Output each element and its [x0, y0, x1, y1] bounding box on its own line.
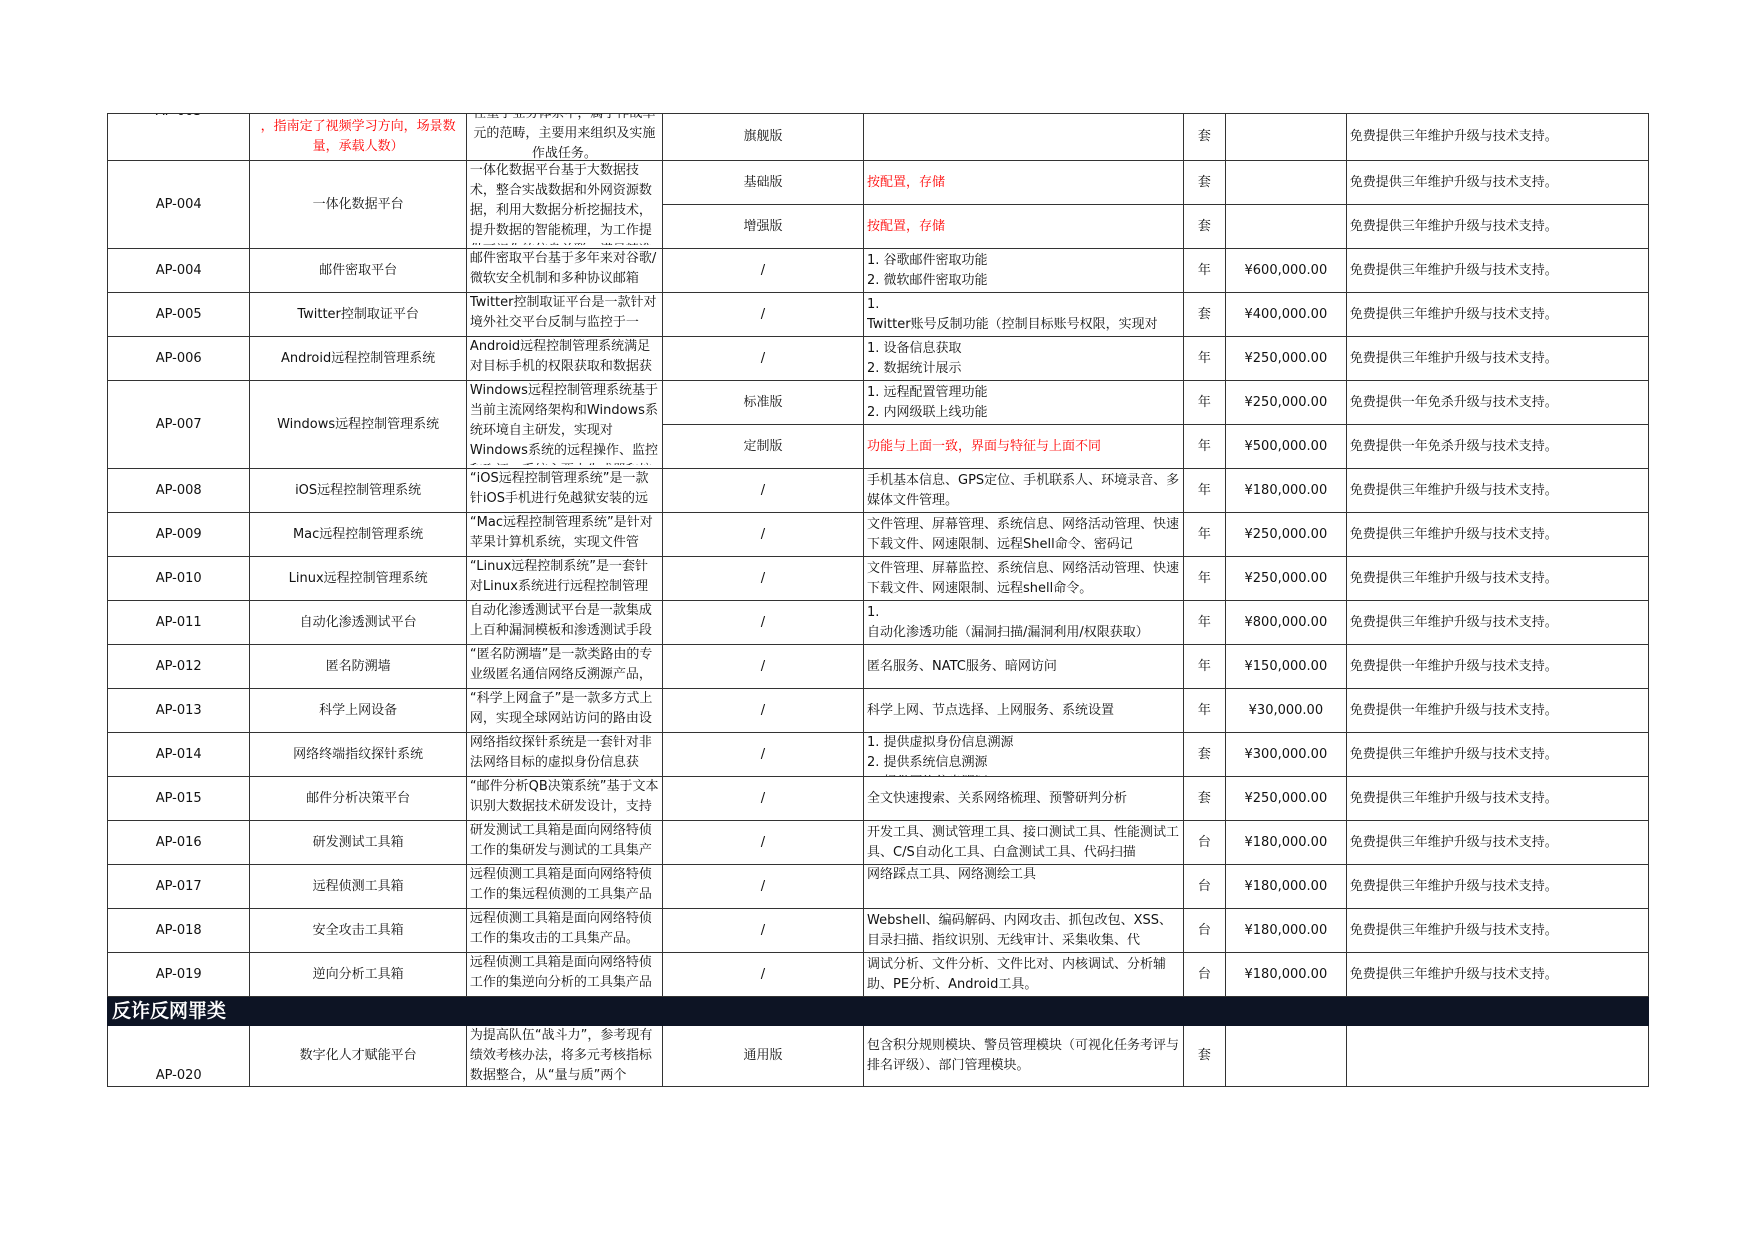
- product-service: 免费提供三年维护升级与技术支持。: [1346, 249, 1648, 293]
- table-row: AP-004一体化数据平台一体化数据平台基于大数据技术，整合实战数据和外网资源数…: [108, 161, 1649, 205]
- product-unit: 套: [1183, 777, 1225, 821]
- features-text: 匿名服务、NATC服务、暗网访问: [867, 657, 1180, 677]
- product-unit: 套: [1183, 161, 1225, 205]
- product-unit: 年: [1183, 469, 1225, 513]
- product-description: 远程侦测工具箱是面向网络特侦工作的集攻击的工具集产品。: [466, 909, 662, 953]
- product-price: ¥180,000.00: [1226, 909, 1347, 953]
- product-features: 1. 谷歌邮件密取功能 2. 微软邮件密取功能: [864, 249, 1184, 293]
- features-text: 1. Twitter账号反制功能（控制目标账号权限，实现对: [867, 295, 1180, 335]
- table-row: AP-004邮件密取平台邮件密取平台基于多年来对谷歌/微软安全机制和多种协议邮箱…: [108, 249, 1649, 293]
- features-text: 按配置，存储: [867, 217, 1180, 237]
- product-features: 网络踩点工具、网络测绘工具: [864, 865, 1184, 909]
- features-text: 文件管理、屏幕管理、系统信息、网络活动管理、快速下载文件、网速限制、远程Shel…: [867, 515, 1180, 555]
- product-service: 免费提供三年维护升级与技术支持。: [1346, 161, 1648, 205]
- product-description: “iOS远程控制管理系统”是一款针iOS手机进行免越狱安装的远程控制管理系统，用…: [466, 469, 662, 513]
- product-unit-text: 套: [1187, 1046, 1222, 1066]
- product-name: 网络终端指纹探针系统: [250, 733, 467, 777]
- product-price: ¥180,000.00: [1226, 865, 1347, 909]
- features-text: 功能与上面一致，界面与特征与上面不同: [867, 437, 1180, 457]
- product-unit: 套: [1183, 1026, 1225, 1087]
- product-description: 远程侦测工具箱是面向网络特侦工作的集逆向分析的工具集产品: [466, 953, 662, 997]
- features-text: 1. 设备信息获取 2. 数据统计展示: [867, 339, 1180, 379]
- features-text: 1. 自动化渗透功能（漏洞扫描/漏洞利用/权限获取）: [867, 603, 1180, 643]
- description-text: “科学上网盒子”是一款多方式上网，实现全球网站访问的路由设备，产品自带电池，方便…: [470, 689, 659, 730]
- product-features: 科学上网、节点选择、上网服务、系统设置: [864, 689, 1184, 733]
- product-id: AP-010: [108, 557, 250, 601]
- product-service: 免费提供三年维护升级与技术支持。: [1346, 953, 1648, 997]
- product-id: AP-011: [108, 601, 250, 645]
- product-features: 包含积分规则模块、警员管理模块（可视化任务考评与排名评级）、部门管理模块。: [864, 1026, 1184, 1087]
- product-features: 1. 设备信息获取 2. 数据统计展示: [864, 337, 1184, 381]
- product-id: AP-017: [108, 865, 250, 909]
- product-description: “Linux远程控制系统”是一套针对Linux系统进行远程控制管理而研发设计的远…: [466, 557, 662, 601]
- product-features: 开发工具、测试管理工具、接口测试工具、性能测试工具、C/S自动化工具、白盒测试工…: [864, 821, 1184, 865]
- description-text: “Mac远程控制管理系统”是针对苹果计算机系统，实现文件管理、屏幕管理、系统信息…: [470, 513, 659, 554]
- product-features: 调试分析、文件分析、文件比对、内核调试、分析辅助、PE分析、Android工具。: [864, 953, 1184, 997]
- product-unit: 台: [1183, 909, 1225, 953]
- table-row: AP-017远程侦测工具箱远程侦测工具箱是面向网络特侦工作的集远程侦测的工具集产…: [108, 865, 1649, 909]
- product-service: 免费提供三年维护升级与技术支持。: [1346, 733, 1648, 777]
- product-id: AP-004: [108, 249, 250, 293]
- product-unit: 台: [1183, 953, 1225, 997]
- product-price: ¥250,000.00: [1226, 381, 1347, 425]
- table-row: AP-020数字化人才赋能平台为提高队伍“战斗力”，参考现有绩效考核办法，将多元…: [108, 1026, 1649, 1087]
- price-list-sheet: AP-003 ，指南定了视频学习方向，场景数量，承载人数） 任重于业务体系中，属…: [107, 113, 1649, 1113]
- product-name: iOS远程控制管理系统: [250, 469, 467, 513]
- product-name: Mac远程控制管理系统: [250, 513, 467, 557]
- features-text: 1. 提供虚拟身份信息溯源 2. 提供系统信息溯源 3. 提供网络信息溯源: [867, 733, 1180, 776]
- product-price: [1226, 205, 1347, 249]
- product-description: “Mac远程控制管理系统”是针对苹果计算机系统，实现文件管理、屏幕管理、系统信息…: [466, 513, 662, 557]
- product-name: 研发测试工具箱: [250, 821, 467, 865]
- description-text: 远程侦测工具箱是面向网络特侦工作的集逆向分析的工具集产品: [470, 953, 659, 994]
- product-description: 一体化数据平台基于大数据技术，整合实战数据和外网资源数据，利用大数据分析挖掘技术…: [466, 161, 662, 249]
- description-text: “邮件分析QB决策系统”基于文本识别大数据技术研发设计，支持对海量邮件数据快速识…: [470, 777, 659, 818]
- product-price: ¥500,000.00: [1226, 425, 1347, 469]
- description-text: “iOS远程控制管理系统”是一款针iOS手机进行免越狱安装的远程控制管理系统，用…: [470, 469, 659, 510]
- product-features: 1. 自动化渗透功能（漏洞扫描/漏洞利用/权限获取）: [864, 601, 1184, 645]
- product-features: 文件管理、屏幕管理、系统信息、网络活动管理、快速下载文件、网速限制、远程Shel…: [864, 513, 1184, 557]
- description-text: 自动化渗透测试平台是一款集成上百种漏洞模板和渗透测试手段: [470, 601, 659, 642]
- table-row: AP-005Twitter控制取证平台Twitter控制取证平台是一款针对境外社…: [108, 293, 1649, 337]
- product-description: 网络指纹探针系统是一套针对非法网络目标的虚拟身份信息获取、系统信息获取、网络信息…: [466, 733, 662, 777]
- product-name: Android远程控制管理系统: [250, 337, 467, 381]
- product-version: /: [662, 865, 863, 909]
- product-features: 1. Twitter账号反制功能（控制目标账号权限，实现对: [864, 293, 1184, 337]
- product-description-text: 为提高队伍“战斗力”，参考现有绩效考核办法，将多元考核指标数据整合，从“量与质”…: [470, 1026, 659, 1084]
- features-text: 网络踩点工具、网络测绘工具: [867, 865, 1180, 885]
- product-unit: 年: [1183, 381, 1225, 425]
- product-price: ¥30,000.00: [1226, 689, 1347, 733]
- product-features: 功能与上面一致，界面与特征与上面不同: [864, 425, 1184, 469]
- table-row: AP-007Windows远程控制管理系统Windows远程控制管理系统基于当前…: [108, 381, 1649, 425]
- product-id: AP-004: [108, 161, 250, 249]
- product-service: 免费提供三年维护升级与技术支持。: [1346, 601, 1648, 645]
- product-version: /: [662, 601, 863, 645]
- product-unit: 年: [1183, 557, 1225, 601]
- product-name: 科学上网设备: [250, 689, 467, 733]
- product-version: /: [662, 513, 863, 557]
- product-id: AP-015: [108, 777, 250, 821]
- product-features: 按配置，存储: [864, 205, 1184, 249]
- product-name: 逆向分析工具箱: [250, 953, 467, 997]
- features-text: 1. 远程配置管理功能 2. 内网级联上线功能: [867, 383, 1180, 423]
- product-service: 免费提供三年维护升级与技术支持。: [1346, 337, 1648, 381]
- product-features: Webshell、编码解码、内网攻击、抓包改包、XSS、目录扫描、指纹识别、无线…: [864, 909, 1184, 953]
- product-name: ，指南定了视频学习方向，场景数量，承载人数）: [250, 114, 467, 161]
- features-text: Webshell、编码解码、内网攻击、抓包改包、XSS、目录扫描、指纹识别、无线…: [867, 911, 1180, 951]
- product-price: ¥250,000.00: [1226, 513, 1347, 557]
- product-description: Android远程控制管理系统满足对目标手机的权限获取和数据获: [466, 337, 662, 381]
- product-features: 手机基本信息、GPS定位、手机联系人、环境录音、多媒体文件管理。: [864, 469, 1184, 513]
- product-version: /: [662, 909, 863, 953]
- product-features: [864, 114, 1184, 161]
- product-service: [1346, 1026, 1648, 1087]
- description-text: 远程侦测工具箱是面向网络特侦工作的集远程侦测的工具集产品: [470, 865, 659, 906]
- product-service: 免费提供三年维护升级与技术支持。: [1346, 909, 1648, 953]
- description-text: 一体化数据平台基于大数据技术，整合实战数据和外网资源数据，利用大数据分析挖掘技术…: [470, 161, 659, 245]
- product-id: AP-008: [108, 469, 250, 513]
- product-price: ¥250,000.00: [1226, 337, 1347, 381]
- product-service: 免费提供一年免杀升级与技术支持。: [1346, 381, 1648, 425]
- features-text: 开发工具、测试管理工具、接口测试工具、性能测试工具、C/S自动化工具、白盒测试工…: [867, 823, 1180, 863]
- features-text: 手机基本信息、GPS定位、手机联系人、环境录音、多媒体文件管理。: [867, 471, 1180, 511]
- product-version: 基础版: [662, 161, 863, 205]
- product-version: /: [662, 821, 863, 865]
- product-id: AP-005: [108, 293, 250, 337]
- product-features: 匿名服务、NATC服务、暗网访问: [864, 645, 1184, 689]
- table-row: AP-018安全攻击工具箱远程侦测工具箱是面向网络特侦工作的集攻击的工具集产品。…: [108, 909, 1649, 953]
- product-unit: 年: [1183, 425, 1225, 469]
- product-description: “邮件分析QB决策系统”基于文本识别大数据技术研发设计，支持对海量邮件数据快速识…: [466, 777, 662, 821]
- product-features: 全文快速搜索、关系网络梳理、预警研判分析: [864, 777, 1184, 821]
- product-name: 匿名防溯墙: [250, 645, 467, 689]
- features-text: 1. 谷歌邮件密取功能 2. 微软邮件密取功能: [867, 251, 1180, 291]
- product-id: AP-019: [108, 953, 250, 997]
- product-unit: 年: [1183, 249, 1225, 293]
- product-description: 为提高队伍“战斗力”，参考现有绩效考核办法，将多元考核指标数据整合，从“量与质”…: [466, 1026, 662, 1087]
- product-name: 邮件密取平台: [250, 249, 467, 293]
- product-description: 远程侦测工具箱是面向网络特侦工作的集远程侦测的工具集产品: [466, 865, 662, 909]
- product-unit: 年: [1183, 689, 1225, 733]
- table-row: AP-008iOS远程控制管理系统“iOS远程控制管理系统”是一款针iOS手机进…: [108, 469, 1649, 513]
- description-text: “匿名防溯墙”是一款类路由的专业级匿名通信网络反溯源产品，该设备通过链路强加密、…: [470, 645, 659, 686]
- product-service: 免费提供三年维护升级与技术支持。: [1346, 469, 1648, 513]
- description-text: Windows远程控制管理系统基于当前主流网络架构和Windows系统环境自主研…: [470, 381, 659, 465]
- product-features-text: 包含积分规则模块、警员管理模块（可视化任务考评与排名评级）、部门管理模块。: [867, 1036, 1180, 1076]
- product-price: [1226, 1026, 1347, 1087]
- product-service: 免费提供一年维护升级与技术支持。: [1346, 689, 1648, 733]
- product-id: AP-009: [108, 513, 250, 557]
- product-price: ¥180,000.00: [1226, 469, 1347, 513]
- table-row: AP-016研发测试工具箱研发测试工具箱是面向网络特侦工作的集研发与测试的工具集…: [108, 821, 1649, 865]
- product-unit: 年: [1183, 601, 1225, 645]
- product-price: ¥400,000.00: [1226, 293, 1347, 337]
- product-id: AP-007: [108, 381, 250, 469]
- section-header-row: 反诈反网罪类: [108, 997, 1649, 1026]
- table-row: AP-003 ，指南定了视频学习方向，场景数量，承载人数） 任重于业务体系中，属…: [108, 114, 1649, 161]
- section-title: 反诈反网罪类: [108, 997, 1649, 1026]
- product-service: 免费提供一年免杀升级与技术支持。: [1346, 425, 1648, 469]
- product-id-text: AP-020: [111, 1066, 246, 1086]
- product-unit: 年: [1183, 513, 1225, 557]
- description-text: 研发测试工具箱是面向网络特侦工作的集研发与测试的工具集产品: [470, 821, 659, 862]
- table-row: AP-011自动化渗透测试平台自动化渗透测试平台是一款集成上百种漏洞模板和渗透测…: [108, 601, 1649, 645]
- product-price: ¥300,000.00: [1226, 733, 1347, 777]
- product-service: 免费提供三年维护升级与技术支持。: [1346, 821, 1648, 865]
- product-version: /: [662, 469, 863, 513]
- product-version: /: [662, 953, 863, 997]
- product-version: 旗舰版: [662, 114, 863, 161]
- product-name: 自动化渗透测试平台: [250, 601, 467, 645]
- table-row: AP-009Mac远程控制管理系统“Mac远程控制管理系统”是针对苹果计算机系统…: [108, 513, 1649, 557]
- product-price: ¥250,000.00: [1226, 557, 1347, 601]
- product-name: Windows远程控制管理系统: [250, 381, 467, 469]
- product-name: 数字化人才赋能平台: [250, 1026, 467, 1087]
- table-row: AP-019逆向分析工具箱远程侦测工具箱是面向网络特侦工作的集逆向分析的工具集产…: [108, 953, 1649, 997]
- product-features: 1. 提供虚拟身份信息溯源 2. 提供系统信息溯源 3. 提供网络信息溯源: [864, 733, 1184, 777]
- product-version: 标准版: [662, 381, 863, 425]
- features-text: 按配置，存储: [867, 173, 1180, 193]
- product-name-text: 数字化人才赋能平台: [253, 1046, 463, 1066]
- product-id: AP-014: [108, 733, 250, 777]
- product-name: 安全攻击工具箱: [250, 909, 467, 953]
- description-text: “Linux远程控制系统”是一套针对Linux系统进行远程控制管理而研发设计的远…: [470, 557, 659, 598]
- product-description: 邮件密取平台基于多年来对谷歌/微软安全机制和多种协议邮箱: [466, 249, 662, 293]
- product-features: 1. 远程配置管理功能 2. 内网级联上线功能: [864, 381, 1184, 425]
- description-text: Twitter控制取证平台是一款针对境外社交平台反制与监控于一: [470, 293, 659, 334]
- product-id: AP-018: [108, 909, 250, 953]
- product-id: AP-006: [108, 337, 250, 381]
- product-unit: 套: [1183, 114, 1225, 161]
- product-price: ¥150,000.00: [1226, 645, 1347, 689]
- product-service: 免费提供三年维护升级与技术支持。: [1346, 205, 1648, 249]
- product-service: 免费提供三年维护升级与技术支持。: [1346, 293, 1648, 337]
- product-name: Twitter控制取证平台: [250, 293, 467, 337]
- product-description: “科学上网盒子”是一款多方式上网，实现全球网站访问的路由设备，产品自带电池，方便…: [466, 689, 662, 733]
- product-table: AP-003 ，指南定了视频学习方向，场景数量，承载人数） 任重于业务体系中，属…: [107, 113, 1649, 1087]
- product-description: 自动化渗透测试平台是一款集成上百种漏洞模板和渗透测试手段: [466, 601, 662, 645]
- product-service: 免费提供三年维护升级与技术支持。: [1346, 865, 1648, 909]
- product-version-text: 通用版: [666, 1046, 860, 1066]
- product-price: ¥180,000.00: [1226, 821, 1347, 865]
- features-text: 科学上网、节点选择、上网服务、系统设置: [867, 701, 1180, 721]
- product-description: Twitter控制取证平台是一款针对境外社交平台反制与监控于一: [466, 293, 662, 337]
- product-features: 文件管理、屏幕监控、系统信息、网络活动管理、快速下载文件、网速限制、远程shel…: [864, 557, 1184, 601]
- product-price: [1226, 114, 1347, 161]
- product-name: 远程侦测工具箱: [250, 865, 467, 909]
- product-version: /: [662, 249, 863, 293]
- description-text: 邮件密取平台基于多年来对谷歌/微软安全机制和多种协议邮箱: [470, 249, 659, 290]
- product-unit: 套: [1183, 733, 1225, 777]
- product-unit: 套: [1183, 205, 1225, 249]
- product-id: AP-016: [108, 821, 250, 865]
- product-id: AP-020: [108, 1026, 250, 1087]
- product-service: 免费提供三年维护升级与技术支持。: [1346, 777, 1648, 821]
- product-name: Linux远程控制管理系统: [250, 557, 467, 601]
- features-text: 文件管理、屏幕监控、系统信息、网络活动管理、快速下载文件、网速限制、远程shel…: [867, 559, 1180, 599]
- product-name: 邮件分析决策平台: [250, 777, 467, 821]
- product-description: 任重于业务体系中，属于作战单元的范畴，主要用来组织及实施作战任务。: [466, 114, 662, 161]
- product-id: AP-012: [108, 645, 250, 689]
- product-description: Windows远程控制管理系统基于当前主流网络架构和Windows系统环境自主研…: [466, 381, 662, 469]
- product-price: ¥800,000.00: [1226, 601, 1347, 645]
- table-row: AP-015邮件分析决策平台“邮件分析QB决策系统”基于文本识别大数据技术研发设…: [108, 777, 1649, 821]
- product-version: 定制版: [662, 425, 863, 469]
- product-version: 增强版: [662, 205, 863, 249]
- product-service: 免费提供三年维护升级与技术支持。: [1346, 114, 1648, 161]
- table-row: AP-012匿名防溯墙“匿名防溯墙”是一款类路由的专业级匿名通信网络反溯源产品，…: [108, 645, 1649, 689]
- product-features: 按配置，存储: [864, 161, 1184, 205]
- product-price: ¥180,000.00: [1226, 953, 1347, 997]
- product-version: /: [662, 645, 863, 689]
- product-service: 免费提供一年维护升级与技术支持。: [1346, 645, 1648, 689]
- product-unit: 台: [1183, 865, 1225, 909]
- product-service: 免费提供三年维护升级与技术支持。: [1346, 513, 1648, 557]
- product-price: ¥600,000.00: [1226, 249, 1347, 293]
- product-version: /: [662, 337, 863, 381]
- product-name: 一体化数据平台: [250, 161, 467, 249]
- product-id: AP-003: [108, 114, 250, 161]
- product-price: ¥250,000.00: [1226, 777, 1347, 821]
- product-version: /: [662, 689, 863, 733]
- table-row: AP-014网络终端指纹探针系统网络指纹探针系统是一套针对非法网络目标的虚拟身份…: [108, 733, 1649, 777]
- product-unit: 套: [1183, 293, 1225, 337]
- table-row: AP-013科学上网设备“科学上网盒子”是一款多方式上网，实现全球网站访问的路由…: [108, 689, 1649, 733]
- features-text: 全文快速搜索、关系网络梳理、预警研判分析: [867, 789, 1180, 809]
- features-text: 调试分析、文件分析、文件比对、内核调试、分析辅助、PE分析、Android工具。: [867, 955, 1180, 995]
- product-version: /: [662, 557, 863, 601]
- product-version: /: [662, 777, 863, 821]
- product-id: AP-013: [108, 689, 250, 733]
- product-version: /: [662, 293, 863, 337]
- description-text: Android远程控制管理系统满足对目标手机的权限获取和数据获: [470, 337, 659, 378]
- product-price: [1226, 161, 1347, 205]
- product-version: /: [662, 733, 863, 777]
- table-row: AP-006Android远程控制管理系统Android远程控制管理系统满足对目…: [108, 337, 1649, 381]
- table-row: AP-010Linux远程控制管理系统“Linux远程控制系统”是一套针对Lin…: [108, 557, 1649, 601]
- product-service: 免费提供三年维护升级与技术支持。: [1346, 557, 1648, 601]
- product-description: “匿名防溯墙”是一款类路由的专业级匿名通信网络反溯源产品，该设备通过链路强加密、…: [466, 645, 662, 689]
- product-unit: 年: [1183, 645, 1225, 689]
- description-text: 远程侦测工具箱是面向网络特侦工作的集攻击的工具集产品。: [470, 909, 659, 950]
- description-text: 网络指纹探针系统是一套针对非法网络目标的虚拟身份信息获取、系统信息获取、网络信息…: [470, 733, 659, 774]
- product-version: 通用版: [662, 1026, 863, 1087]
- product-unit: 年: [1183, 337, 1225, 381]
- product-unit: 台: [1183, 821, 1225, 865]
- product-description: 研发测试工具箱是面向网络特侦工作的集研发与测试的工具集产品: [466, 821, 662, 865]
